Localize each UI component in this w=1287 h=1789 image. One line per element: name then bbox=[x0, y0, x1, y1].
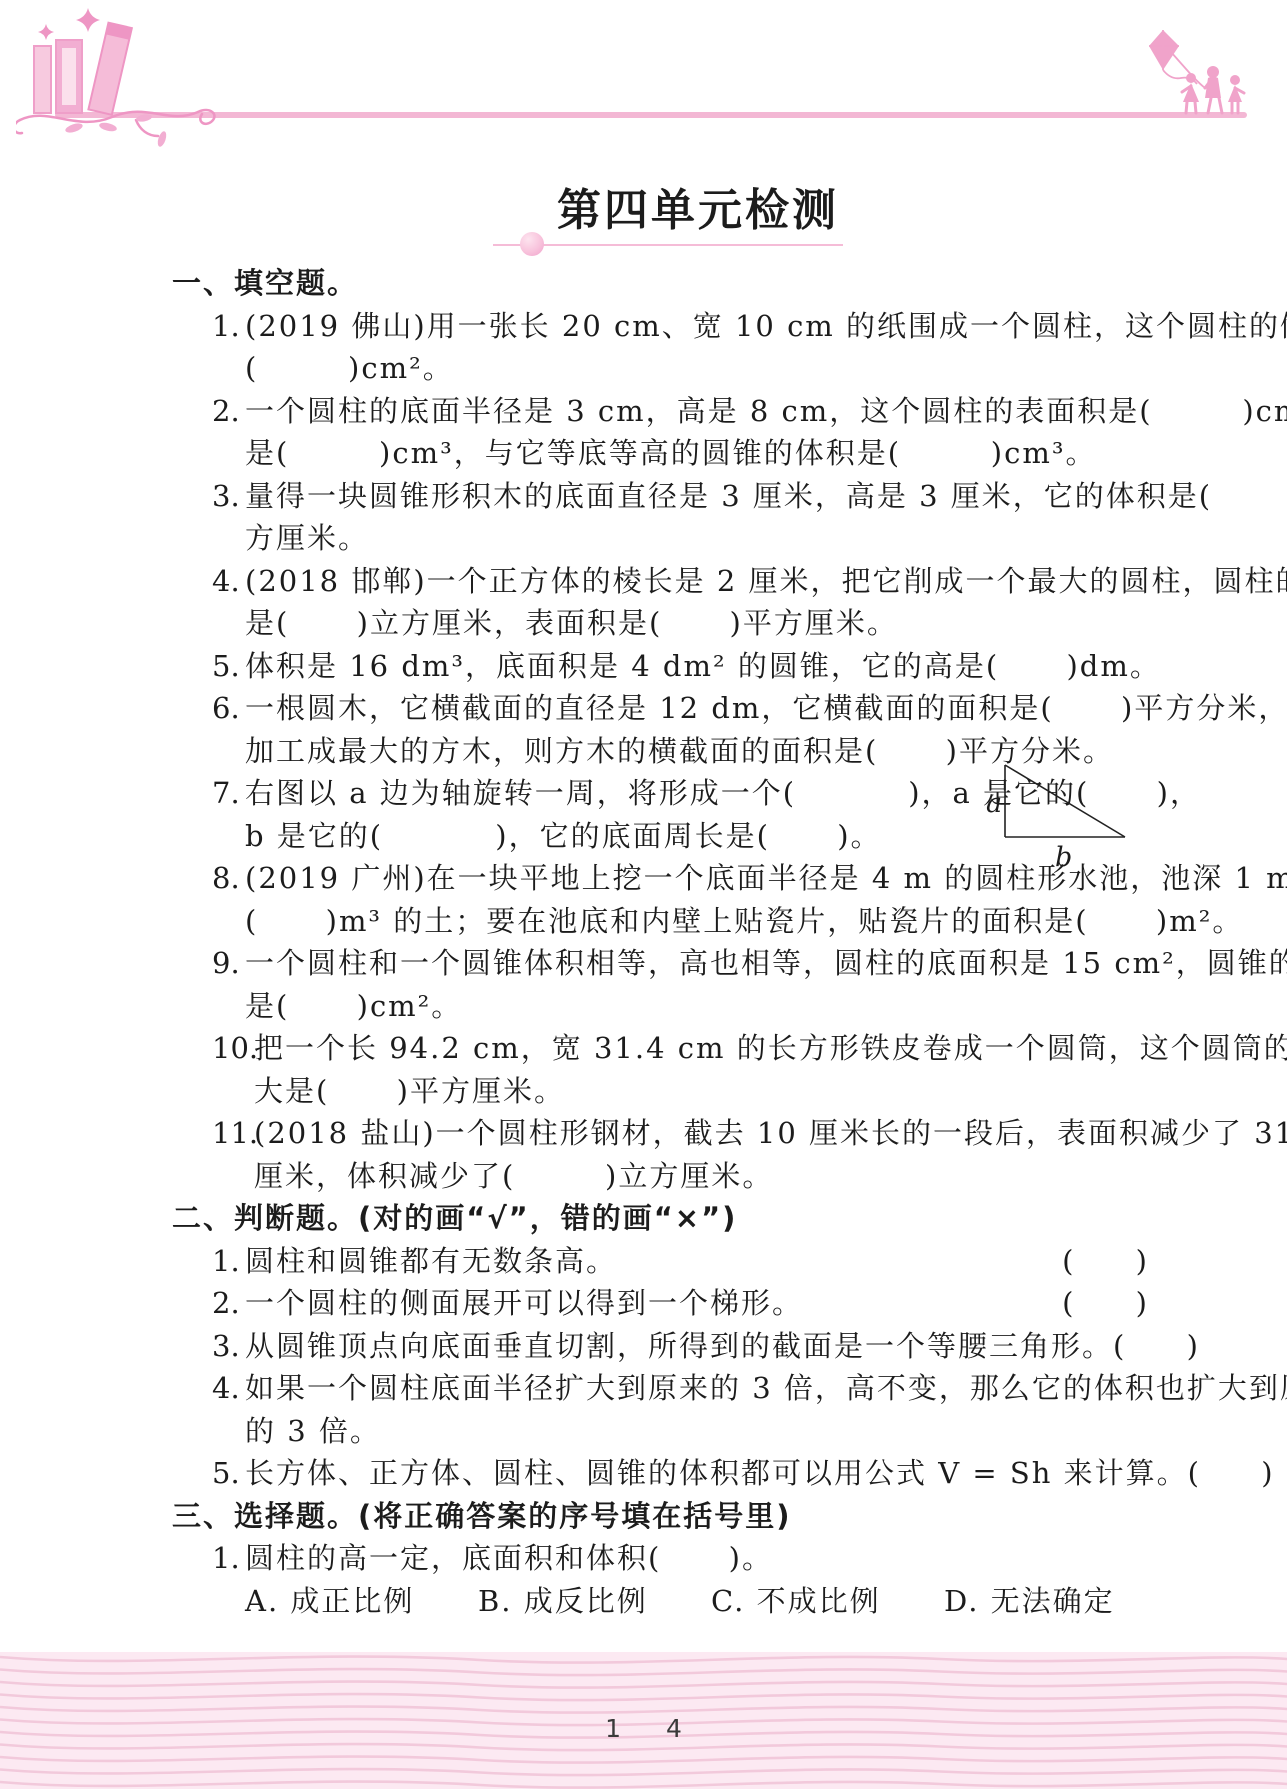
pink-ball-icon bbox=[520, 232, 544, 256]
question-number: 5. bbox=[212, 1452, 245, 1495]
question-line: 的 3 倍。 bbox=[245, 1410, 1287, 1453]
question-line: 方厘米。 bbox=[245, 517, 1287, 560]
question-line: 量得一块圆锥形积木的底面直径是 3 厘米，高是 3 厘米，它的体积是( )立 bbox=[245, 475, 1287, 518]
question-line: ( )m³ 的土；要在池底和内壁上贴瓷片，贴瓷片的面积是( )m²。 bbox=[245, 900, 1287, 943]
page-number-right: 4 bbox=[666, 1714, 682, 1743]
question-line: 体积是 16 dm³，底面积是 4 dm² 的圆锥，它的高是( )dm。 bbox=[245, 645, 1161, 688]
question-line: 一个圆柱和一个圆锥体积相等，高也相等，圆柱的底面积是 15 cm²，圆锥的底面积 bbox=[245, 942, 1287, 985]
page-title: 第四单元检测 bbox=[523, 184, 873, 238]
question-number: 9. bbox=[212, 942, 245, 985]
question-text: 从圆锥顶点向底面垂直切割，所得到的截面是一个等腰三角形。 bbox=[245, 1325, 1113, 1368]
children-flying-kite-icon bbox=[1135, 26, 1285, 118]
question-text: 量得一块圆锥形积木的底面直径是 3 厘米，高是 3 厘米，它的体积是( )立方厘… bbox=[245, 475, 1287, 560]
question: 4.(2018 邯郸)一个正方体的棱长是 2 厘米，把它削成一个最大的圆柱，圆柱… bbox=[212, 560, 1152, 645]
question-line: (2018 邯郸)一个正方体的棱长是 2 厘米，把它削成一个最大的圆柱，圆柱的体… bbox=[245, 560, 1287, 603]
question-number: 1. bbox=[212, 1240, 245, 1283]
question-text: 把一个长 94.2 cm，宽 31.4 cm 的长方形铁皮卷成一个圆筒，这个圆筒… bbox=[254, 1027, 1287, 1112]
option: B. 成反比例 bbox=[478, 1580, 711, 1623]
question-number: 6. bbox=[212, 687, 245, 730]
question-text: 一个圆柱的底面半径是 3 cm，高是 8 cm，这个圆柱的表面积是( )cm²，… bbox=[245, 390, 1287, 475]
question-number: 10. bbox=[212, 1027, 254, 1070]
question-number: 8. bbox=[212, 857, 245, 900]
question-text: 一个圆柱的侧面展开可以得到一个梯形。 bbox=[245, 1282, 1062, 1325]
page-number-left: 1 bbox=[605, 1714, 621, 1743]
question: 5.体积是 16 dm³，底面积是 4 dm² 的圆锥，它的高是( )dm。 bbox=[212, 645, 1152, 688]
question: 4.如果一个圆柱底面半径扩大到原来的 3 倍，高不变，那么它的体积也扩大到原来的… bbox=[212, 1367, 1152, 1452]
question-line: 从圆锥顶点向底面垂直切割，所得到的截面是一个等腰三角形。 bbox=[245, 1325, 1113, 1368]
question-number: 3. bbox=[212, 1325, 245, 1368]
books-stars-flourish-icon bbox=[16, 8, 226, 150]
question-line: 一个圆柱的底面半径是 3 cm，高是 8 cm，这个圆柱的表面积是( )cm²，… bbox=[245, 390, 1287, 433]
question: 10.把一个长 94.2 cm，宽 31.4 cm 的长方形铁皮卷成一个圆筒，这… bbox=[212, 1027, 1152, 1112]
question-line: (2018 盐山)一个圆柱形钢材，截去 10 厘米长的一段后，表面积减少了 31… bbox=[254, 1112, 1287, 1155]
question-line: 一个圆柱的侧面展开可以得到一个梯形。 bbox=[245, 1282, 1062, 1325]
triangle-label-a: a bbox=[986, 788, 1002, 819]
section-heading-1: 一、填空题。 bbox=[172, 262, 1152, 305]
title-underline bbox=[493, 244, 843, 246]
question-line: 圆柱的高一定，底面积和体积( )。 bbox=[245, 1537, 1115, 1580]
question-line: 是( )cm²。 bbox=[245, 985, 1287, 1028]
question-text: (2019 佛山)用一张长 20 cm、宽 10 cm 的纸围成一个圆柱，这个圆… bbox=[245, 305, 1287, 390]
question-line: 把一个长 94.2 cm，宽 31.4 cm 的长方形铁皮卷成一个圆筒，这个圆筒… bbox=[254, 1027, 1287, 1070]
option: C. 不成比例 bbox=[711, 1580, 944, 1623]
question-number: 4. bbox=[212, 1367, 245, 1410]
question-number: 5. bbox=[212, 645, 245, 688]
question-line: 是( )立方厘米，表面积是( )平方厘米。 bbox=[245, 602, 1287, 645]
question-number: 4. bbox=[212, 560, 245, 603]
test-paper-body: 一、填空题。1.(2019 佛山)用一张长 20 cm、宽 10 cm 的纸围成… bbox=[172, 262, 1152, 1622]
question: 1.圆柱和圆锥都有无数条高。( ) bbox=[212, 1240, 1152, 1283]
question: 3.从圆锥顶点向底面垂直切割，所得到的截面是一个等腰三角形。( ) bbox=[212, 1325, 1152, 1368]
question-line: 一根圆木，它横截面的直径是 12 dm，它横截面的面积是( )平方分米，要把它 bbox=[245, 687, 1287, 730]
question-text: 圆柱和圆锥都有无数条高。 bbox=[245, 1240, 1062, 1283]
question-text: 一个圆柱和一个圆锥体积相等，高也相等，圆柱的底面积是 15 cm²，圆锥的底面积… bbox=[245, 942, 1287, 1027]
question-number: 1. bbox=[212, 1537, 245, 1580]
question-number: 11. bbox=[212, 1112, 254, 1155]
question-text: (2018 邯郸)一个正方体的棱长是 2 厘米，把它削成一个最大的圆柱，圆柱的体… bbox=[245, 560, 1287, 645]
answer-bracket: ( ) bbox=[1062, 1240, 1148, 1283]
question-line: 大是( )平方厘米。 bbox=[254, 1070, 1287, 1113]
answer-bracket: ( ) bbox=[1188, 1452, 1274, 1495]
question-line: ( )cm²。 bbox=[245, 347, 1287, 390]
question-number: 1. bbox=[212, 305, 245, 348]
question: 2.一个圆柱的侧面展开可以得到一个梯形。( ) bbox=[212, 1282, 1152, 1325]
question-text: 长方体、正方体、圆柱、圆锥的体积都可以用公式 V = Sh 来计算。 bbox=[245, 1452, 1188, 1495]
answer-bracket: ( ) bbox=[1062, 1282, 1148, 1325]
question: 5.长方体、正方体、圆柱、圆锥的体积都可以用公式 V = Sh 来计算。( ) bbox=[212, 1452, 1152, 1495]
question: 3.量得一块圆锥形积木的底面直径是 3 厘米，高是 3 厘米，它的体积是( )立… bbox=[212, 475, 1152, 560]
question: 9.一个圆柱和一个圆锥体积相等，高也相等，圆柱的底面积是 15 cm²，圆锥的底… bbox=[212, 942, 1152, 1027]
question-number: 7. bbox=[212, 772, 245, 815]
page-numbers: 1 4 bbox=[0, 1714, 1287, 1743]
right-triangle-figure: a b bbox=[985, 759, 1137, 873]
question: 1.(2019 佛山)用一张长 20 cm、宽 10 cm 的纸围成一个圆柱，这… bbox=[212, 305, 1152, 390]
header-rule-line bbox=[55, 112, 1247, 118]
question-text: 体积是 16 dm³，底面积是 4 dm² 的圆锥，它的高是( )dm。 bbox=[245, 645, 1161, 688]
option: D. 无法确定 bbox=[944, 1580, 1115, 1623]
page-footer: 1 4 bbox=[0, 1652, 1287, 1789]
question-number: 2. bbox=[212, 390, 245, 433]
question-line: 是( )cm³，与它等底等高的圆锥的体积是( )cm³。 bbox=[245, 432, 1287, 475]
page-header bbox=[0, 0, 1287, 150]
question-line: 如果一个圆柱底面半径扩大到原来的 3 倍，高不变，那么它的体积也扩大到原来 bbox=[245, 1367, 1287, 1410]
answer-bracket: ( ) bbox=[1113, 1325, 1199, 1368]
title-block: 第四单元检测 bbox=[493, 184, 843, 238]
question: 2.一个圆柱的底面半径是 3 cm，高是 8 cm，这个圆柱的表面积是( )cm… bbox=[212, 390, 1152, 475]
section-heading-2: 二、判断题。(对的画“√”，错的画“×”) bbox=[172, 1197, 1152, 1240]
question-line: 长方体、正方体、圆柱、圆锥的体积都可以用公式 V = Sh 来计算。 bbox=[245, 1452, 1188, 1495]
question-text: 圆柱的高一定，底面积和体积( )。A. 成正比例B. 成反比例C. 不成比例D.… bbox=[245, 1537, 1115, 1622]
question-number: 2. bbox=[212, 1282, 245, 1325]
question-line: 厘米，体积减少了( )立方厘米。 bbox=[254, 1155, 1287, 1198]
question-text: (2018 盐山)一个圆柱形钢材，截去 10 厘米长的一段后，表面积减少了 31… bbox=[254, 1112, 1287, 1197]
choice-options: A. 成正比例B. 成反比例C. 不成比例D. 无法确定 bbox=[245, 1580, 1115, 1623]
option: A. 成正比例 bbox=[245, 1580, 478, 1623]
question-number: 3. bbox=[212, 475, 245, 518]
triangle-label-b: b bbox=[1055, 842, 1072, 873]
question: 11.(2018 盐山)一个圆柱形钢材，截去 10 厘米长的一段后，表面积减少了… bbox=[212, 1112, 1152, 1197]
question-line: 圆柱和圆锥都有无数条高。 bbox=[245, 1240, 1062, 1283]
question-line: (2019 佛山)用一张长 20 cm、宽 10 cm 的纸围成一个圆柱，这个圆… bbox=[245, 305, 1287, 348]
section-heading-3: 三、选择题。(将正确答案的序号填在括号里) bbox=[172, 1495, 1152, 1538]
question-text: 如果一个圆柱底面半径扩大到原来的 3 倍，高不变，那么它的体积也扩大到原来的 3… bbox=[245, 1367, 1287, 1452]
question: 1.圆柱的高一定，底面积和体积( )。A. 成正比例B. 成反比例C. 不成比例… bbox=[212, 1537, 1152, 1622]
